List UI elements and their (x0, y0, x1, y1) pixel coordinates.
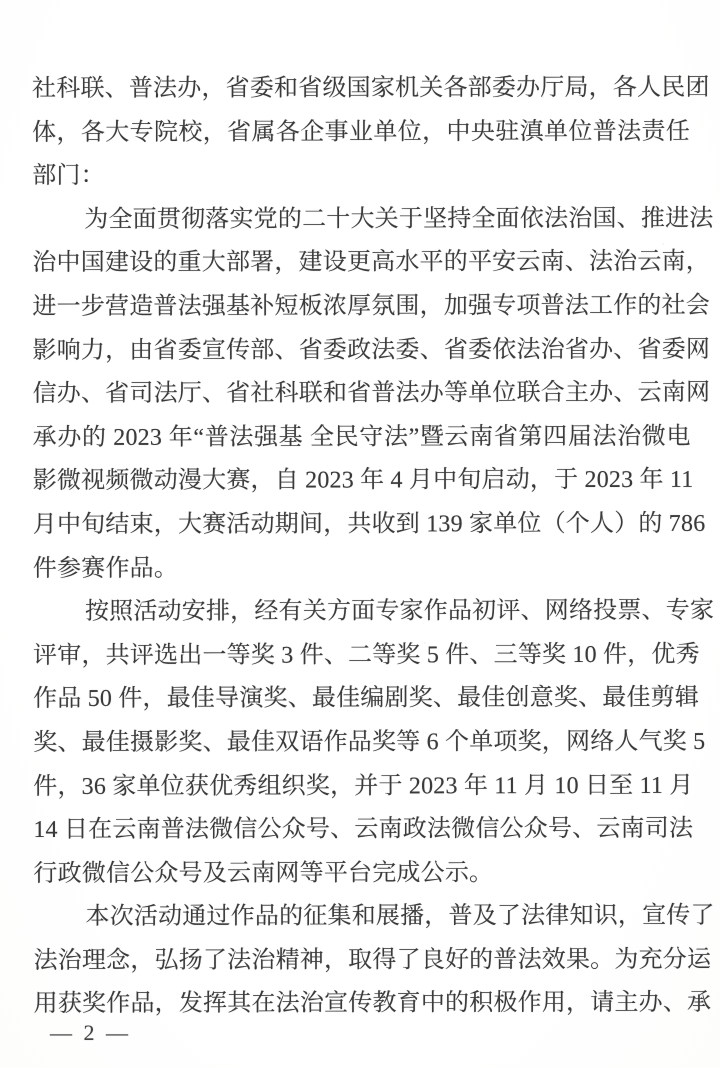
text-line: 进一步营造普法强基补短板浓厚氛围，加强专项普法工作的社会 (32, 285, 690, 330)
text-line: 体，各大专院校，省属各企事业单位，中央驻滇单位普法责任 (32, 110, 690, 155)
text-line: 承办的 2023 年“普法强基 全民守法”暨云南省第四届法治微电 (33, 416, 691, 461)
text-line: 影响力，由省委宣传部、省委政法委、省委依法治省办、省委网 (32, 328, 690, 373)
text-line: 本次活动通过作品的征集和展播，普及了法律知识，宣传了 (33, 895, 691, 940)
text-line: 评审，共评选出一等奖 3 件、二等奖 5 件、三等奖 10 件，优秀 (33, 634, 691, 679)
text-line: 按照活动安排，经有关方面专家作品初评、网络投票、专家 (33, 590, 691, 635)
text-line: 治中国建设的重大部署，建设更高水平的平安云南、法治云南， (32, 241, 690, 286)
scan-speck (662, 243, 664, 245)
text-line: 信办、省司法厅、省社科联和省普法办等单位联合主办、云南网 (33, 372, 691, 417)
text-line: 为全面贯彻落实党的二十大关于坚持全面依法治国、推进法 (32, 198, 690, 243)
text-line: 影微视频微动漫大赛，自 2023 年 4 月中旬启动，于 2023 年 11 (33, 459, 691, 504)
text-line: 件，36 家单位获优秀组织奖，并于 2023 年 11 月 10 日至 11 月 (33, 764, 691, 809)
scan-speck (424, 642, 426, 644)
text-line: 社科联、普法办，省委和省级国家机关各部委办厅局，各人民团 (32, 67, 690, 112)
text-line: 件参赛作品。 (33, 546, 691, 591)
text-line: 行政微信公众号及云南网等平台完成公示。 (33, 852, 691, 897)
text-line: 作品 50 件，最佳导演奖、最佳编剧奖、最佳创意奖、最佳剪辑 (33, 677, 691, 722)
body-text: 社科联、普法办，省委和省级国家机关各部委办厅局，各人民团体，各大专院校，省属各企… (32, 67, 692, 1027)
text-line: 奖、最佳摄影奖、最佳双语作品奖等 6 个单项奖，网络人气奖 5 (33, 721, 691, 766)
text-line: 用获奖作品，发挥其在法治宣传教育中的积极作用，请主办、承 (34, 982, 692, 1027)
page-number: — 2 — (50, 1020, 131, 1046)
text-line: 部门： (32, 154, 690, 199)
document-page: 社科联、普法办，省委和省级国家机关各部委办厅局，各人民团体，各大专院校，省属各企… (0, 0, 720, 1068)
text-line: 14 日在云南普法微信公众号、云南政法微信公众号、云南司法 (33, 808, 691, 853)
text-line: 月中旬结束，大赛活动期间，共收到 139 家单位（个人）的 786 (33, 503, 691, 548)
scan-speck (541, 95, 544, 98)
text-line: 法治理念，弘扬了法治精神，取得了良好的普法效果。为充分运 (34, 939, 692, 984)
